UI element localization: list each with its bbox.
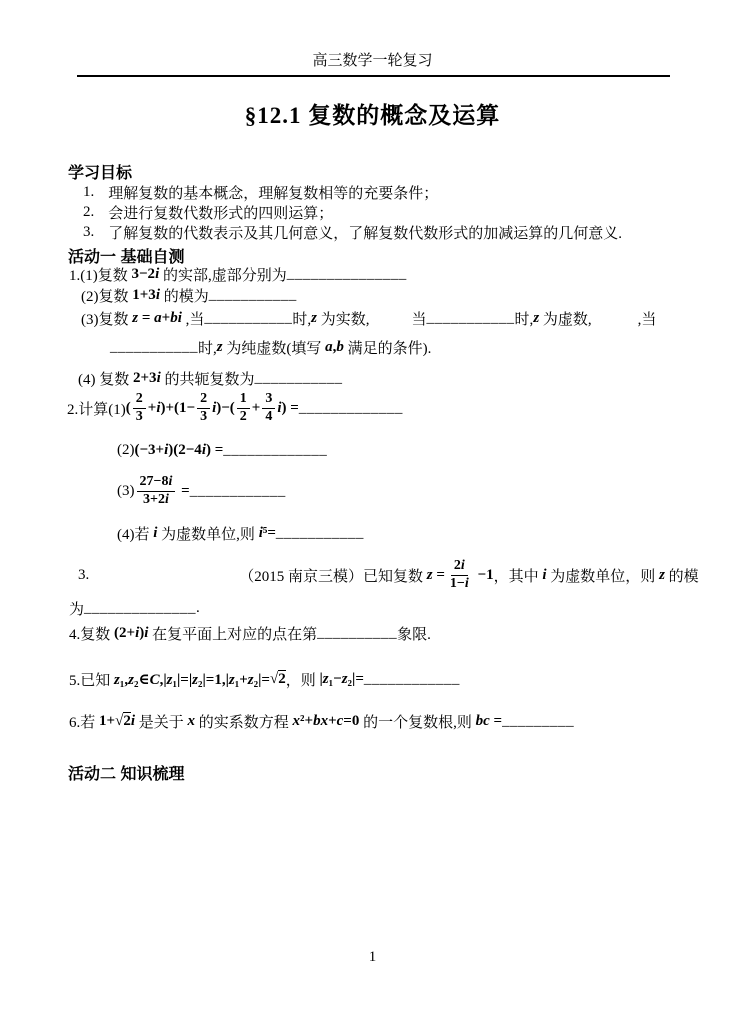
q5-line: 5.已知 z₁,z₂∈C,|z₁|=|z₂|=1,|z₁+z₂|= √ 2 ，则…	[69, 668, 460, 690]
fill-blank: ___________	[276, 525, 364, 542]
text-run: 的模	[665, 565, 699, 586]
math-run: i) =	[277, 400, 298, 417]
sqrt-icon: √	[115, 713, 123, 730]
fraction-numerator: 2	[133, 391, 146, 408]
math-run: x²+bx+c=0	[293, 713, 360, 730]
text-run: ,当	[182, 308, 205, 329]
title-line: §12.1 复数的概念及运算	[0, 97, 745, 129]
q1-part1: 1.(1)复数 3−2i 的实部,虚部分别为 _______________	[69, 263, 407, 285]
math-run: 1+	[99, 713, 115, 730]
fraction: 3 4	[262, 391, 275, 424]
fraction-numerator: 2i	[451, 558, 468, 575]
objective-number: 3.	[83, 224, 94, 241]
text-run: 5.已知	[69, 669, 114, 690]
q2-part1: 2.计算(1) ( 2 3 +i)+(1− 2 3 i)−( 1 2 + 3 4…	[67, 385, 403, 431]
activity2-heading-line: 活动二 知识梳理	[68, 761, 184, 783]
fill-blank: ___________	[204, 310, 292, 327]
math-run: (−3+i)(2−4i) =	[135, 442, 224, 459]
radicand: 2	[278, 670, 286, 688]
fraction: 2 3	[197, 391, 210, 424]
math-run: (2+i)i	[114, 625, 148, 642]
objective-number: 2.	[83, 204, 94, 221]
math-run: (	[126, 400, 131, 417]
fill-blank: _________	[502, 713, 574, 730]
math-run: +	[252, 400, 261, 417]
fraction-numerator: 3	[262, 391, 275, 408]
spacer	[94, 232, 108, 233]
fraction-denominator: 4	[262, 409, 275, 425]
math-run: |z₁−z₂|=	[319, 671, 363, 688]
fraction-numerator: 27−8i	[137, 474, 176, 491]
q2-part3: (3) 27−8i 3+2i = ____________	[117, 468, 286, 514]
text-run: 当	[412, 308, 427, 329]
spacer	[94, 192, 108, 193]
text-run: 的实部,虚部分别为	[159, 264, 287, 285]
text-run: 象限.	[397, 623, 431, 644]
fraction-denominator: 3	[133, 409, 146, 425]
math-run: i)−(	[212, 400, 235, 417]
text-run: 为虚数单位,则	[157, 523, 258, 544]
text-run: ，其中	[494, 565, 543, 586]
text-run: 为虚数,	[539, 308, 592, 329]
fraction: 1 2	[237, 391, 250, 424]
fraction-numerator: 1	[237, 391, 250, 408]
fill-blank: ___________	[110, 339, 198, 356]
fraction-denominator: 1−i	[447, 576, 472, 592]
text-run: （2015 南京三模）已知复数	[239, 565, 427, 586]
text-run: ,当	[638, 308, 657, 329]
math-run: i⁵	[259, 525, 268, 542]
fraction-denominator: 3+2i	[140, 492, 172, 508]
page-number: 1	[369, 949, 377, 966]
objective-text: 理解复数的基本概念，理解复数相等的充要条件；	[108, 182, 438, 203]
text-run: 4.复数	[69, 623, 114, 644]
activity2-heading: 活动二 知识梳理	[68, 761, 184, 784]
fraction: 27−8i 3+2i	[137, 474, 176, 507]
math-run: z =	[427, 567, 445, 584]
math-run: bc =	[476, 713, 502, 730]
text-run: 满足的条件).	[344, 337, 432, 358]
text-run: 在复平面上对应的点在第	[148, 623, 317, 644]
fill-blank: _______________	[287, 266, 407, 283]
question-number: 3.	[78, 567, 89, 584]
header-rule	[77, 75, 670, 77]
fill-blank: _____________	[299, 400, 403, 417]
fill-blank: _____________	[223, 442, 327, 459]
math-run: =	[267, 525, 276, 542]
spacer	[592, 318, 638, 319]
text-run: 时,	[292, 308, 311, 329]
radicand: 2	[123, 712, 131, 730]
q2-part2: (2) (−3+i)(2−4i) = _____________	[117, 439, 327, 461]
text-run: 时,	[198, 337, 217, 358]
spacer	[94, 212, 108, 213]
text-run: (3)	[117, 483, 135, 500]
math-run: 1+3i	[132, 287, 160, 304]
q1-part3: (3)复数 z = a+bi ,当 ___________ 时, z 为实数, …	[81, 307, 656, 329]
text-run: 2.计算(1)	[67, 398, 126, 419]
math-run: x	[188, 713, 196, 730]
q1-part2: (2)复数 1+3i 的模为 ___________	[81, 284, 297, 306]
fill-blank: __________	[317, 625, 397, 642]
text-run: 的实系数方程	[195, 711, 293, 732]
math-run: z₁,z₂∈C,|z₁|=|z₂|=1,|z₁+z₂|=	[114, 670, 270, 689]
objective-item: 2. 会进行复数代数形式的四则运算；	[83, 201, 333, 223]
fill-blank: ______________	[84, 600, 196, 617]
objective-text: 会进行复数代数形式的四则运算；	[108, 202, 333, 223]
fill-blank: ___________	[209, 287, 297, 304]
fraction-numerator: 2	[197, 391, 210, 408]
text-run: (3)复数	[81, 308, 132, 329]
text-run: 6.若	[69, 711, 99, 732]
text-run: (2)	[117, 442, 135, 459]
spacer	[370, 318, 412, 319]
text-run: 是关于	[135, 711, 188, 732]
math-run: −1	[474, 567, 494, 584]
text-run: 的一个复数根,则	[359, 711, 475, 732]
fill-blank: ___________	[427, 310, 515, 327]
objectives-heading: 学习目标	[68, 160, 132, 183]
page-title: §12.1 复数的概念及运算	[245, 97, 501, 130]
math-run: +i)+(1−	[148, 400, 195, 417]
fill-blank: ____________	[190, 483, 286, 500]
sqrt-icon: √	[270, 671, 278, 688]
page-header: 高三数学一轮复习	[0, 48, 745, 70]
fill-blank: ____________	[364, 671, 460, 688]
q1-part3-cont: ___________ 时, z 为纯虚数(填写 a,b 满足的条件).	[110, 336, 431, 358]
math-run: z = a+bi	[132, 310, 182, 327]
header-text: 高三数学一轮复习	[312, 49, 432, 70]
math-run: 2+3i	[133, 370, 161, 387]
worksheet-page: 高三数学一轮复习 §12.1 复数的概念及运算 学习目标 1. 理解复数的基本概…	[0, 0, 745, 1033]
text-run: ，则	[286, 669, 320, 690]
objectives-heading-line: 学习目标	[68, 160, 132, 182]
math-run: a,b	[325, 339, 344, 356]
text-run: .	[196, 600, 200, 617]
q2-part4: (4)若 i 为虚数单位,则 i⁵ = ___________	[117, 522, 364, 544]
math-run: 3−2i	[132, 266, 160, 283]
q4-line: 4.复数 (2+i)i 在复平面上对应的点在第 __________ 象限.	[69, 622, 431, 644]
objective-item: 3. 了解复数的代数表示及其几何意义，了解复数代数形式的加减运算的几何意义.	[83, 221, 622, 243]
q3-line2: 为 ______________ .	[69, 597, 200, 619]
q6-line: 6.若 1+ √ 2 i 是关于 x 的实系数方程 x²+bx+c=0 的一个复…	[69, 710, 574, 732]
text-run: (2)复数	[81, 285, 132, 306]
objective-text: 了解复数的代数表示及其几何意义，了解复数代数形式的加减运算的几何意义.	[108, 222, 622, 243]
text-run: (4)若	[117, 523, 153, 544]
text-run: 的模为	[160, 285, 209, 306]
page-number-line: 1	[0, 946, 745, 968]
objective-item: 1. 理解复数的基本概念，理解复数相等的充要条件；	[83, 181, 438, 203]
text-run: 为实数,	[317, 308, 370, 329]
q3-line1: 3. （2015 南京三模）已知复数 z = 2i 1−i −1 ，其中 i 为…	[78, 552, 699, 598]
fraction-denominator: 3	[197, 409, 210, 425]
text-run: 为虚数单位，则	[547, 565, 660, 586]
fraction-denominator: 2	[237, 409, 250, 425]
text-run: 1.(1)复数	[69, 264, 132, 285]
objective-number: 1.	[83, 184, 94, 201]
spacer	[89, 575, 239, 576]
text-run: 时,	[515, 308, 534, 329]
fraction: 2 3	[133, 391, 146, 424]
fill-blank: ___________	[255, 370, 343, 387]
math-run: =	[177, 483, 189, 500]
text-run: 为纯虚数(填写	[223, 337, 326, 358]
fraction: 2i 1−i	[447, 558, 472, 591]
text-run: 为	[69, 598, 84, 619]
